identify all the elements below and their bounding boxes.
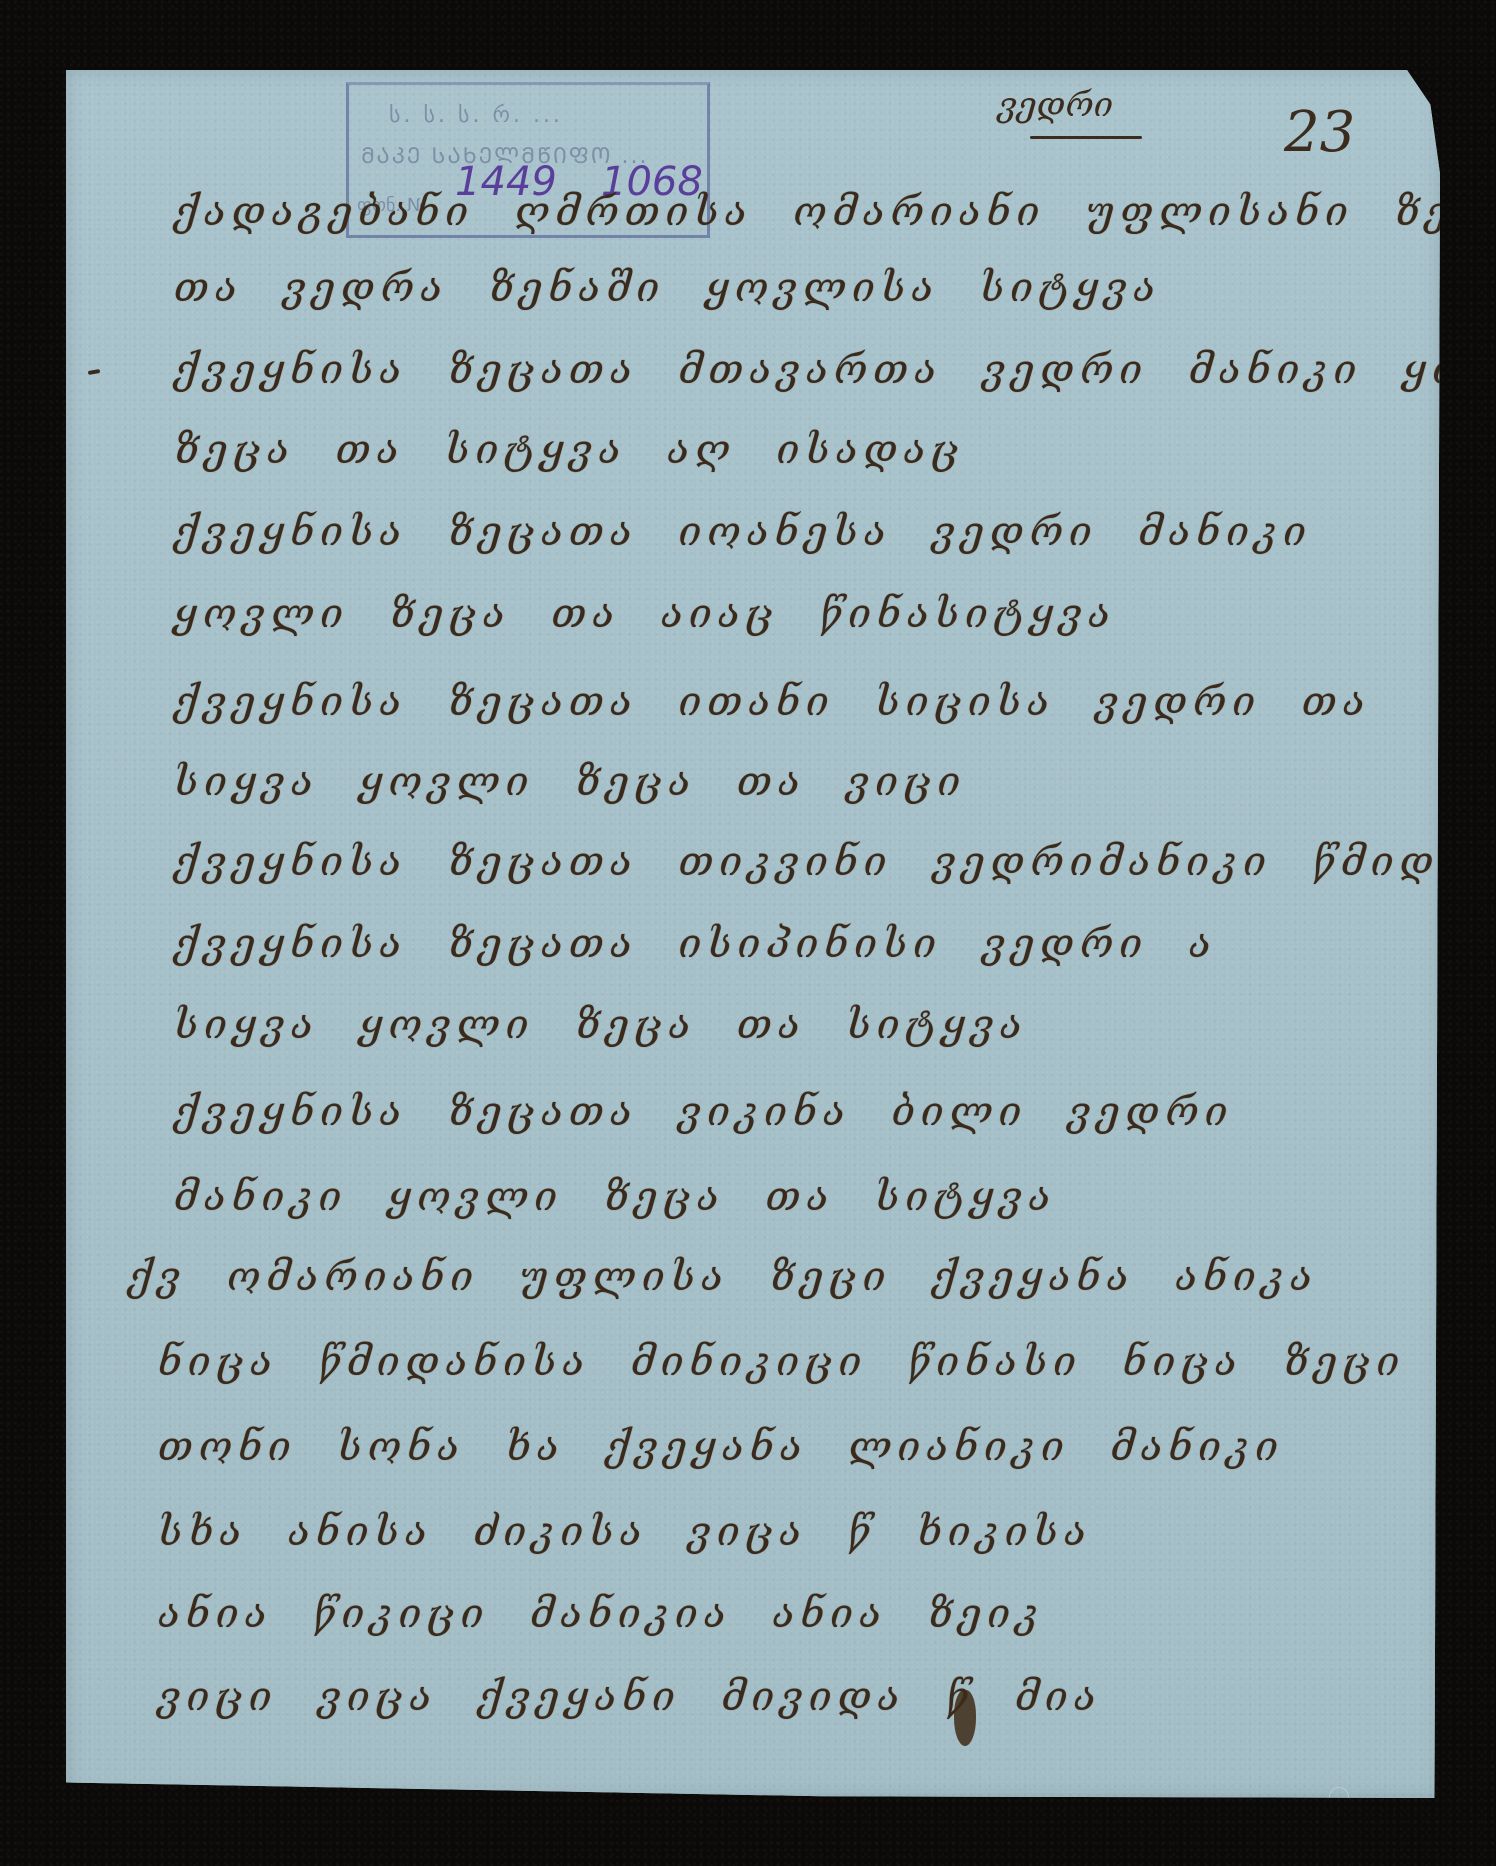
manuscript-line: ზეცა თა სიტყვა აღ ისადაც [174, 430, 965, 470]
manuscript-line: ყოვლი ზეცა თა აიაც წინასიტყვა [174, 594, 1116, 634]
manuscript-page: ს. ს. ს. რ. ... ᲛᲐᲙᲔ ᲡᲐᲮᲔᲚᲛᲬᲘᲤᲝ ... ფონ.… [66, 70, 1440, 1798]
manuscript-line: სიყვა ყოვლი ზეცა თა სიტყვა [174, 1005, 1028, 1045]
manuscript-line: სიყვა ყოვლი ზეცა თა ვიცი [174, 762, 966, 802]
manuscript-line: თონი სონა ხა ქვეყანა ლიანიკი მანიკი [158, 1427, 1284, 1467]
header-word: ვედრი [998, 85, 1113, 125]
manuscript-line: სხა ანისა ძიკისა ვიცა წ ხიკისა [158, 1512, 1092, 1552]
manuscript-line: ქვეყნისა ზეცათა ვიკინა ბილი ვედრი [174, 1092, 1234, 1132]
manuscript-line: ქვეყნისა ზეცათა მთავართა ვედრი მანიკი ყო… [174, 350, 1496, 390]
manuscript-line: ნიცა წმიდანისა მინიკიცი წინასი ნიცა ზეცი [158, 1342, 1405, 1382]
manuscript-line: ქვეყნისა ზეცათა ისიპინისი ვედრი ა [174, 924, 1217, 964]
manuscript-line: ქვეყნისა ზეცათა იოანესა ვედრი მანიკი [174, 512, 1312, 552]
stamp-header-text: ს. ს. ს. რ. ... [389, 103, 563, 128]
page-number: 23 [1284, 100, 1355, 165]
manuscript-line: მანიკი ყოვლი ზეცა თა სიტყვა [174, 1177, 1056, 1217]
manuscript-line: ქვ ომარიანი უფლისა ზეცი ქვეყანა ანიკა [128, 1257, 1318, 1297]
manuscript-line: ქადაგებანი ღმრთისა ომარიანი უფლისანი ზეც… [174, 192, 1496, 232]
manuscript-line: ქვეყნისა ზეცათა თიკვინი ვედრიმანიკი წმიდ… [174, 842, 1496, 882]
margin-mark [88, 369, 101, 375]
manuscript-line: თა ვედრა ზენაში ყოვლისა სიტყვა [174, 268, 1161, 308]
manuscript-line: ანია წიკიცი მანიკია ანია ზეიკ [158, 1594, 1044, 1634]
manuscript-line: ქვეყნისა ზეცათა ითანი სიცისა ვედრი თა [174, 682, 1371, 722]
ink-blot [954, 1690, 976, 1746]
header-underline [1030, 136, 1142, 139]
